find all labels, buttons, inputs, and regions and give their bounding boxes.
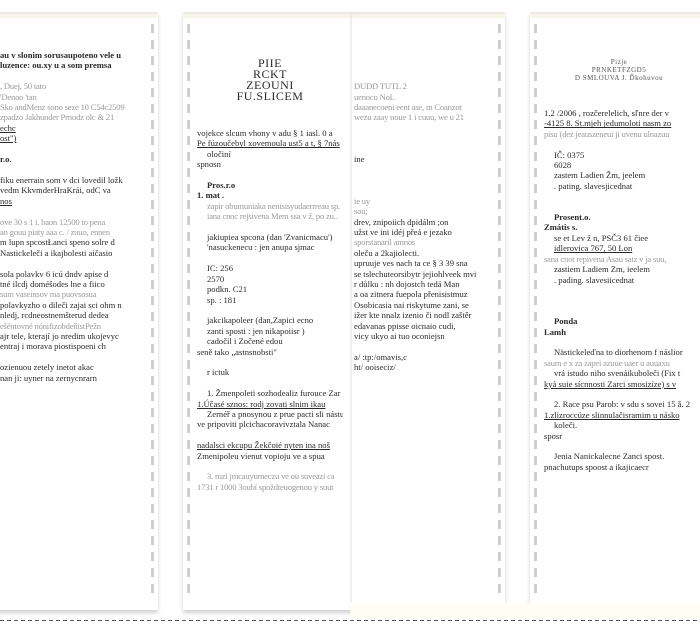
title-line: Pizje bbox=[544, 58, 694, 66]
text-line: se et Lev ž n, PSČ3 61 čiee bbox=[544, 233, 694, 243]
text-line: 1. Žmenpoleti sozhodealiz furouce Zar bbox=[197, 388, 343, 398]
text-line bbox=[0, 206, 146, 216]
text-line bbox=[544, 295, 694, 305]
text-line bbox=[197, 170, 343, 180]
text-line: sposr bbox=[544, 431, 694, 441]
text-line: oleču a 2kajiolecti. bbox=[354, 248, 493, 258]
text-line: daaanecoeni eent ase, m Coanzot bbox=[354, 102, 493, 112]
text-line: seně tako „astnsnobsti" bbox=[197, 347, 343, 357]
text-line: upruuje ves nach ta ce § 3 39 sna bbox=[354, 258, 493, 268]
text-line: ve pripoviti plcichacoravivztala Nanac bbox=[197, 419, 343, 429]
page-top-edge bbox=[352, 14, 505, 18]
text-line: vojekce slcum vhony v adu § 1 iasl. 0 a bbox=[197, 128, 343, 138]
text-line bbox=[544, 191, 694, 201]
text-line: 1731 r 1000 3oubí spoždteuogenou y sout bbox=[197, 482, 343, 492]
text-line: Lamh bbox=[544, 327, 694, 337]
text-line: zpadzo Jakhunder Prnodz olc & 21 bbox=[0, 112, 146, 122]
text-line: zastem Ladien Žm, jeelem bbox=[544, 170, 694, 180]
text-line: sola polavkv 6 icú dndv apise d bbox=[0, 269, 146, 279]
text-line: 1.2 /2006 , rozčerelelich, sľnre der v bbox=[544, 108, 694, 118]
text-line: vicy ukyo ai tuo oconiejsn bbox=[354, 331, 493, 341]
text-line: luzence: ou.xy u a som premsa bbox=[0, 60, 146, 70]
document-page-4: PizjePRNKETFZGD5D SMLOUVA J. Ďkohuvou 1.… bbox=[530, 12, 700, 610]
text-line: oločiní bbox=[197, 149, 343, 159]
text-line bbox=[197, 305, 343, 315]
text-line: ešéntovné nónifizobdeňistPežn bbox=[0, 321, 146, 331]
text-line: nos bbox=[0, 196, 146, 206]
text-line: Ponda bbox=[544, 316, 694, 326]
text-line: jakiupiea spcona (dan 'Zvanicmacu') bbox=[197, 232, 343, 242]
text-line bbox=[0, 71, 146, 81]
text-line bbox=[197, 378, 343, 388]
text-line: sp. : 181 bbox=[197, 295, 343, 305]
text-line: 'Denoo 'tan bbox=[0, 92, 146, 102]
text-line: iana cnoc rejsivena Mem ssa v ž, po zu.. bbox=[197, 211, 343, 221]
text-line: Zmátis s. bbox=[544, 222, 694, 232]
text-line: ht/ ooiseciz/ bbox=[354, 362, 493, 372]
text-line bbox=[354, 71, 493, 81]
text-line: 2570 bbox=[197, 274, 343, 284]
text-line: spnosn bbox=[197, 159, 343, 169]
text-line bbox=[354, 341, 493, 351]
text-line bbox=[197, 357, 343, 367]
text-line: 2. Race psu Parob: v sdu s sovei 15 ǎ. 2 bbox=[544, 399, 694, 409]
text-line: pnachutups spoost a ikajicaecr bbox=[544, 462, 694, 472]
document-page-2: PIIERCKTZEOUNIFU.SLICEM vojekce slcum vh… bbox=[183, 12, 355, 610]
text-line: Nästickeleďna to diorhenom f náslior bbox=[544, 347, 694, 357]
document-title: PIIERCKTZEOUNIFU.SLICEM bbox=[197, 58, 343, 102]
text-line: ižer kte nnalz izenio či nodl zaštěr bbox=[354, 310, 493, 320]
text-line: 3. ruzi jmcauyumeczu ve ou suveazi ca bbox=[197, 471, 343, 481]
binding-holes bbox=[498, 24, 501, 600]
text-line bbox=[197, 430, 343, 440]
text-line: . pading. slavesiicednat bbox=[544, 275, 694, 285]
text-line: tné ilcdj doméšodes lne a fiico bbox=[0, 279, 146, 289]
text-line bbox=[354, 164, 493, 174]
binding-holes bbox=[187, 24, 190, 600]
text-line bbox=[354, 123, 493, 133]
text-line: Pros.r.o bbox=[197, 180, 343, 190]
page-text: PizjePRNKETFZGD5D SMLOUVA J. Ďkohuvou 1.… bbox=[544, 50, 694, 472]
text-line: an gouu piaty aaa c. / zuuo, ennen bbox=[0, 227, 146, 237]
text-line: r důlku : nh dojostch tedá Man bbox=[354, 279, 493, 289]
text-line: ove 30 s 1 i. baon 12500 to pena bbox=[0, 217, 146, 227]
text-line: Nastickeleči a ikajbolesti aičasio bbox=[0, 248, 146, 258]
text-line bbox=[354, 50, 493, 60]
text-line: echc bbox=[0, 123, 146, 133]
text-line: nadalsci ekcupu Žekčoié nyten ina noš bbox=[197, 440, 343, 450]
page-top-edge bbox=[183, 14, 355, 18]
text-line bbox=[354, 185, 493, 195]
text-line: , Duej, 50 tato bbox=[0, 81, 146, 91]
text-line: DUDD TUTL 2 bbox=[354, 81, 493, 91]
text-line: pisu (dez jeauszeneui ji uvenu ulnazuu bbox=[544, 129, 694, 139]
text-line: Osobicasia nai riskytume zani, se bbox=[354, 300, 493, 310]
text-line: cadočil i Zočené edou bbox=[197, 336, 343, 346]
text-line: 1. mat . bbox=[197, 190, 343, 200]
text-line bbox=[544, 139, 694, 149]
text-line: Prosent.o. bbox=[544, 212, 694, 222]
document-page-1: au v slonim sorusaupoteno vele uluzence:… bbox=[0, 12, 158, 610]
text-line bbox=[354, 60, 493, 70]
title-line: D SMLOUVA J. Ďkohuvou bbox=[544, 74, 694, 82]
text-line bbox=[0, 352, 146, 362]
text-line: sporstanaril amnos bbox=[354, 237, 493, 247]
text-line bbox=[197, 222, 343, 232]
text-line: zanti sposti : jen nikapoiisr ) bbox=[197, 326, 343, 336]
text-line bbox=[354, 133, 493, 143]
document-page-3: DUDD TUTL 2uenoco NoLdaaanecoeni eent as… bbox=[352, 12, 505, 610]
binding-holes bbox=[534, 24, 537, 600]
text-line: m lupn spcostŁanci speno solre d bbox=[0, 237, 146, 247]
text-line: ozienuou zetely inetot akac bbox=[0, 362, 146, 372]
text-line: nledj, rcdneostnemšterud dedea bbox=[0, 310, 146, 320]
text-line: drev, znipoiich dpidálm ;on bbox=[354, 217, 493, 227]
text-line: vedm KkvmderHraKrái, odC va bbox=[0, 185, 146, 195]
text-line: a oa zitnera fuepola přenisistmuz bbox=[354, 289, 493, 299]
text-line: Jenia Nanickalecne Zanci spost. bbox=[544, 451, 694, 461]
text-line: koleči. bbox=[544, 420, 694, 430]
text-line: 6028 bbox=[544, 160, 694, 170]
text-line bbox=[544, 337, 694, 347]
text-line: idlerovica 767, 50 Lon bbox=[544, 243, 694, 253]
text-line: uenoco NoL bbox=[354, 92, 493, 102]
text-line bbox=[0, 144, 146, 154]
text-line: -4125 8. St.mjeh jedumoloti nasm zo bbox=[544, 118, 694, 128]
text-line: 1.zlizroccúze slinnulačisramim u násko bbox=[544, 410, 694, 420]
text-line: 'nasuckenecu : jen anupa sjmac bbox=[197, 242, 343, 252]
text-line: jakcikapoleer (dan,Zapici ecno bbox=[197, 315, 343, 325]
text-line: IČ: 0375 bbox=[544, 150, 694, 160]
text-line bbox=[544, 389, 694, 399]
text-line: se tslechuteorsibytr jejiohlveek mvi bbox=[354, 269, 493, 279]
text-line bbox=[0, 258, 146, 268]
page-top-edge bbox=[530, 14, 700, 18]
text-line: podkn. C21 bbox=[197, 284, 343, 294]
document-title: PizjePRNKETFZGD5D SMLOUVA J. Ďkohuvou bbox=[544, 58, 694, 82]
text-line: Zmenipoleu vienut vopioju ve a spua bbox=[197, 451, 343, 461]
text-line bbox=[354, 175, 493, 185]
text-line bbox=[0, 164, 146, 174]
text-line: r ictuk bbox=[197, 367, 343, 377]
binding-holes bbox=[151, 24, 154, 600]
cut-line bbox=[0, 620, 700, 621]
text-line: wezu zaay noue 1 i cuuu, we u 21 bbox=[354, 112, 493, 122]
text-line: zapir obumuniaka nenisisyudaerrreau sp. bbox=[197, 201, 343, 211]
page-top-edge bbox=[0, 14, 158, 18]
text-line bbox=[544, 285, 694, 295]
text-line: saum e x za zapei azuue uaer u auuaxu bbox=[544, 358, 694, 368]
text-line bbox=[197, 461, 343, 471]
text-line: Zernéř a pnosynou z prue pacti sli nástu… bbox=[197, 409, 343, 419]
text-line: entraj i morava piostispoeni ch bbox=[0, 341, 146, 351]
page-text: DUDD TUTL 2uenoco NoLdaaanecoeni eent as… bbox=[354, 50, 493, 373]
text-line: ie uy bbox=[354, 196, 493, 206]
page-text: au v slonim sorusaupoteno vele uluzence:… bbox=[0, 50, 146, 383]
text-line: ajr tele, kterají jo nredim ukojevyc bbox=[0, 331, 146, 341]
text-line: sana cnot repivena Asau satz v ja suu, bbox=[544, 254, 694, 264]
title-line: PRNKETFZGD5 bbox=[544, 66, 694, 74]
text-line: r.o. bbox=[0, 154, 146, 164]
text-line bbox=[544, 441, 694, 451]
text-line bbox=[197, 253, 343, 263]
text-line: edavanas ppisse oicnaio cudi, bbox=[354, 321, 493, 331]
text-line: Sko andMenz sono seze 10 C54c2509 bbox=[0, 102, 146, 112]
text-line bbox=[544, 306, 694, 316]
text-line: polavkyzho o dileči zajai sci ohm n bbox=[0, 300, 146, 310]
text-line: fiku enerrain som v dci lovedil ložk bbox=[0, 175, 146, 185]
text-line: kyá suie sícnnosti Zarci smosizíze) s v bbox=[544, 379, 694, 389]
text-line: Pe fúzoučebyl xovemoula ust5 a t, § 7nás bbox=[197, 138, 343, 148]
text-line: ine bbox=[354, 154, 493, 164]
text-line bbox=[544, 202, 694, 212]
text-line: užst ve ini idéj přeá e jezako bbox=[354, 227, 493, 237]
background-strip bbox=[350, 603, 700, 617]
text-line: IC: 256 bbox=[197, 263, 343, 273]
text-line: vrá istudo niho svenáikuboleči (Fix t bbox=[544, 368, 694, 378]
text-line: sum vaseinsov ma puovsosua bbox=[0, 289, 146, 299]
title-line: FU.SLICEM bbox=[197, 91, 343, 102]
text-line: sou; bbox=[354, 206, 493, 216]
text-line: . pating. slavesjicednat bbox=[544, 181, 694, 191]
text-line: ost") bbox=[0, 133, 146, 143]
text-line bbox=[354, 144, 493, 154]
text-line: zastiem Ladiem Zm, ieelem bbox=[544, 264, 694, 274]
text-line: a/ :tp:/omavis,c bbox=[354, 352, 493, 362]
text-line: nan ji: uyner na zernycnrarn bbox=[0, 373, 146, 383]
text-line: 1.Účasé sznos: rodj zovati slnim ikau bbox=[197, 399, 343, 409]
page-text: PIIERCKTZEOUNIFU.SLICEM vojekce slcum vh… bbox=[197, 50, 343, 492]
text-line: au v slonim sorusaupoteno vele u bbox=[0, 50, 146, 60]
